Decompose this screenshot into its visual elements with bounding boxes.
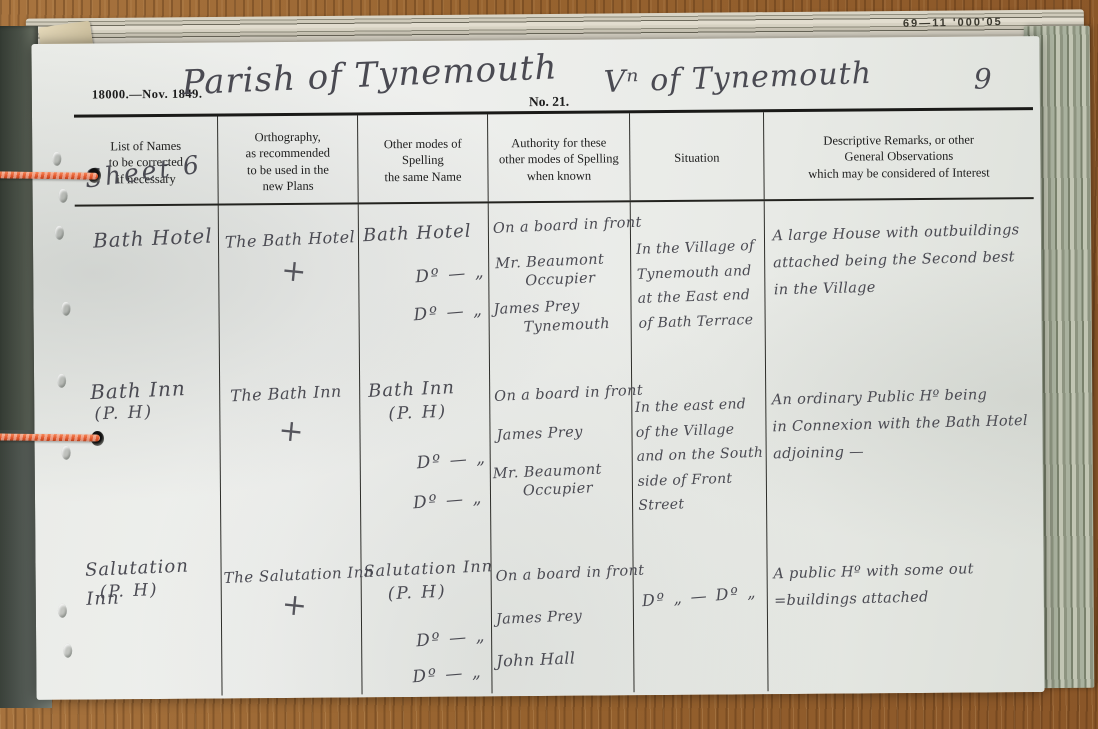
check-cross-mark: +	[280, 256, 308, 288]
table-body: Bath Hotel Bath Inn (P. H) Salutation In…	[75, 199, 1038, 697]
authority-line: On a board in front	[495, 560, 645, 590]
column-header-authority: Authority for these other modes of Spell…	[488, 113, 631, 201]
column-header-situation: Situation	[630, 112, 765, 200]
authority-line: James Prey	[496, 605, 583, 632]
entry-orthography: The Salutation Inn	[223, 560, 374, 590]
authority-line: John Hall	[496, 645, 576, 674]
column-orthography: The Bath Hotel + The Bath Inn + The Salu…	[219, 204, 363, 695]
remarks-text: A large House with outbuildings attached…	[772, 217, 1029, 304]
binding-string-bottom	[0, 433, 100, 441]
page-number-handwritten: 9	[974, 62, 992, 95]
paper-dent	[61, 302, 70, 316]
situation-text: In the east end of the Village and on th…	[635, 392, 769, 519]
ditto-mark: Dº — „	[412, 485, 484, 518]
name-book-table: List of Names to be corrected if necessa…	[74, 107, 1038, 697]
remarks-text: An ordinary Public Hº being in Connexion…	[771, 381, 1031, 468]
table-header-row: List of Names to be corrected if necessa…	[74, 110, 1034, 207]
ditto-mark: Dº — „	[414, 259, 486, 292]
paper-dent	[55, 226, 64, 240]
authority-subline: Occupier	[525, 267, 596, 293]
paper-dent	[52, 152, 61, 166]
authority-subline: Occupier	[522, 477, 593, 503]
edge-stamp-text: 69—11 '000'05	[903, 16, 1003, 30]
authority-line: James Prey	[496, 421, 583, 448]
paper-dent	[62, 446, 71, 460]
entry-spelling-note: (P. H)	[387, 579, 447, 609]
column-remarks: A large House with outbuildings attached…	[765, 199, 1038, 691]
name-book-page: 18000.—Nov. 1849. Parish of Tynemouth No…	[31, 36, 1044, 700]
paper-dent	[63, 644, 72, 658]
remarks-text: A public Hº with some out =buildings att…	[773, 555, 1024, 615]
ditto-mark: Dº — „	[416, 445, 488, 478]
authority-line: On a board in front	[494, 380, 644, 410]
township-title-handwritten: Vⁿ of Tynemouth	[603, 56, 872, 100]
ditto-mark: Dº — „	[411, 659, 483, 692]
column-header-remarks: Descriptive Remarks, or other General Ob…	[764, 110, 1034, 199]
paper-dent	[57, 374, 66, 388]
situation-ditto: Dº „ — Dº „	[641, 579, 758, 613]
paper-dent	[58, 604, 67, 618]
photo-of-name-book: 69—11 '000'05 18000.—Nov. 1849. Parish o…	[0, 0, 1098, 729]
column-header-spelling: Other modes of Spelling the same Name	[358, 114, 489, 202]
paper-dent	[59, 189, 68, 203]
sheet-number-printed: No. 21.	[529, 94, 569, 110]
entry-spelling: Bath Hotel	[362, 218, 472, 251]
situation-text: In the Village of Tynemouth and at the E…	[636, 234, 765, 336]
entry-orthography: The Bath Hotel	[224, 224, 355, 255]
check-cross-mark: +	[280, 590, 308, 622]
entry-orthography: The Bath Inn	[230, 379, 343, 409]
entry-spelling-note: (P. H)	[388, 399, 448, 429]
entry-name-note: (P. H)	[99, 577, 159, 607]
authority-line: On a board in front	[492, 212, 642, 242]
ditto-mark: Dº — „	[415, 623, 487, 656]
entry-name: Bath Hotel	[92, 219, 213, 256]
parish-title-handwritten: Parish of Tynemouth	[181, 47, 558, 103]
check-cross-mark: +	[277, 416, 305, 448]
column-spelling: Bath Hotel Dº — „ Dº — „ Bath Inn (P. H)…	[359, 203, 493, 694]
entry-name-note: (P. H)	[94, 399, 154, 429]
authority-subline: Tynemouth	[523, 313, 610, 340]
column-authority: On a board in front Mr. Beaumont Occupie…	[489, 202, 635, 693]
column-header-orthography: Orthography, as recommended to be used i…	[218, 115, 359, 203]
binding-string-top	[0, 171, 98, 179]
ditto-mark: Dº — „	[413, 297, 485, 330]
column-situation: In the Village of Tynemouth and at the E…	[631, 201, 769, 692]
column-names: Bath Hotel Bath Inn (P. H) Salutation In…	[75, 206, 223, 697]
